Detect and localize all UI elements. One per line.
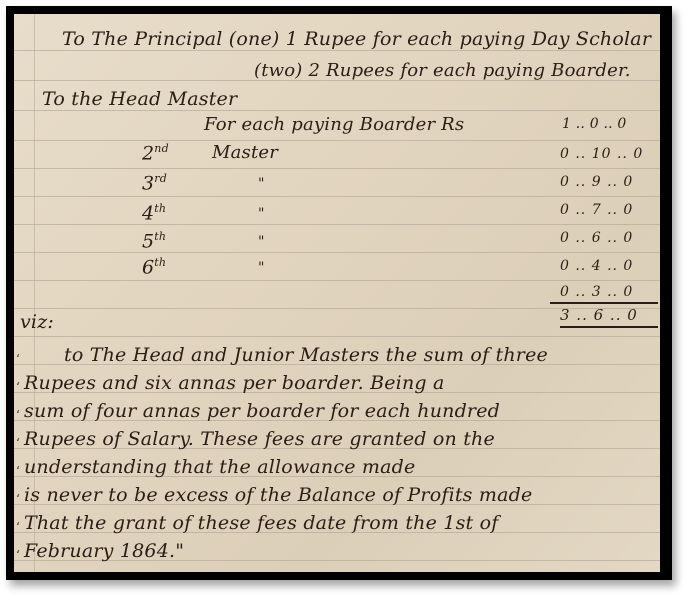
ditto-4: ": [258, 206, 265, 222]
ruled-line: [14, 280, 660, 281]
ruled-line: [14, 336, 660, 337]
paragraph-line: is never to be excess of the Balance of …: [24, 484, 532, 506]
amount-5: 0 .. 6 .. 0: [560, 230, 633, 246]
amount-2: 0 .. 10 .. 0: [560, 146, 643, 162]
quote-mark: ‘: [16, 464, 20, 478]
sum-rule: [550, 302, 658, 304]
paragraph-line: Rupees and six annas per boarder. Being …: [24, 372, 445, 394]
head-master-line: For each paying Boarder Rs: [204, 114, 464, 135]
ditto-6: ": [258, 260, 265, 276]
quote-mark: ‘: [16, 408, 20, 422]
quote-mark: ‘: [16, 352, 20, 366]
amount-6: 0 .. 4 .. 0: [560, 258, 633, 274]
rank-2: 2nd: [142, 142, 169, 164]
quote-mark: ‘: [16, 380, 20, 394]
rank-5: 5th: [142, 230, 166, 252]
rank-3: 3rd: [142, 172, 167, 194]
paragraph-line: sum of four annas per boarder for each h…: [24, 400, 500, 422]
principal-line-2: (two) 2 Rupees for each paying Boarder.: [254, 60, 631, 81]
ditto-5: ": [258, 234, 265, 250]
role-2: Master: [212, 142, 278, 163]
ruled-line: [14, 168, 660, 169]
ruled-line: [14, 110, 660, 111]
quote-mark: ‘: [16, 548, 20, 562]
head-master-heading: To the Head Master: [42, 88, 237, 110]
paragraph-line: That the grant of these fees date from t…: [24, 512, 498, 534]
amount-3: 0 .. 9 .. 0: [560, 174, 633, 190]
ruled-line: [14, 50, 660, 51]
ruled-line: [14, 140, 660, 141]
ruled-line: [14, 252, 660, 253]
total-amount: 3 .. 6 .. 0: [560, 306, 638, 324]
quote-mark: ‘: [16, 436, 20, 450]
ditto-3: ": [258, 176, 265, 192]
head-master-amount: 1 .. 0 .. 0: [562, 116, 627, 132]
rank-6: 6th: [142, 256, 166, 278]
quote-mark: ‘: [16, 492, 20, 506]
ledger-page: To The Principal (one) 1 Rupee for each …: [14, 14, 660, 572]
principal-line-1: To The Principal (one) 1 Rupee for each …: [62, 28, 651, 50]
total-underline: [560, 326, 658, 328]
paragraph-line: to The Head and Junior Masters the sum o…: [64, 344, 548, 366]
paragraph-line: February 1864.": [24, 540, 184, 562]
ruled-line: [14, 196, 660, 197]
quote-mark: ‘: [16, 520, 20, 534]
rank-4: 4th: [142, 202, 166, 224]
paragraph-line: understanding that the allowance made: [24, 456, 415, 478]
ruled-line: [14, 224, 660, 225]
amount-extra: 0 .. 3 .. 0: [560, 284, 633, 300]
amount-4: 0 .. 7 .. 0: [560, 202, 633, 218]
viz-label: viz:: [20, 311, 54, 333]
paragraph-line: Rupees of Salary. These fees are granted…: [24, 428, 495, 450]
